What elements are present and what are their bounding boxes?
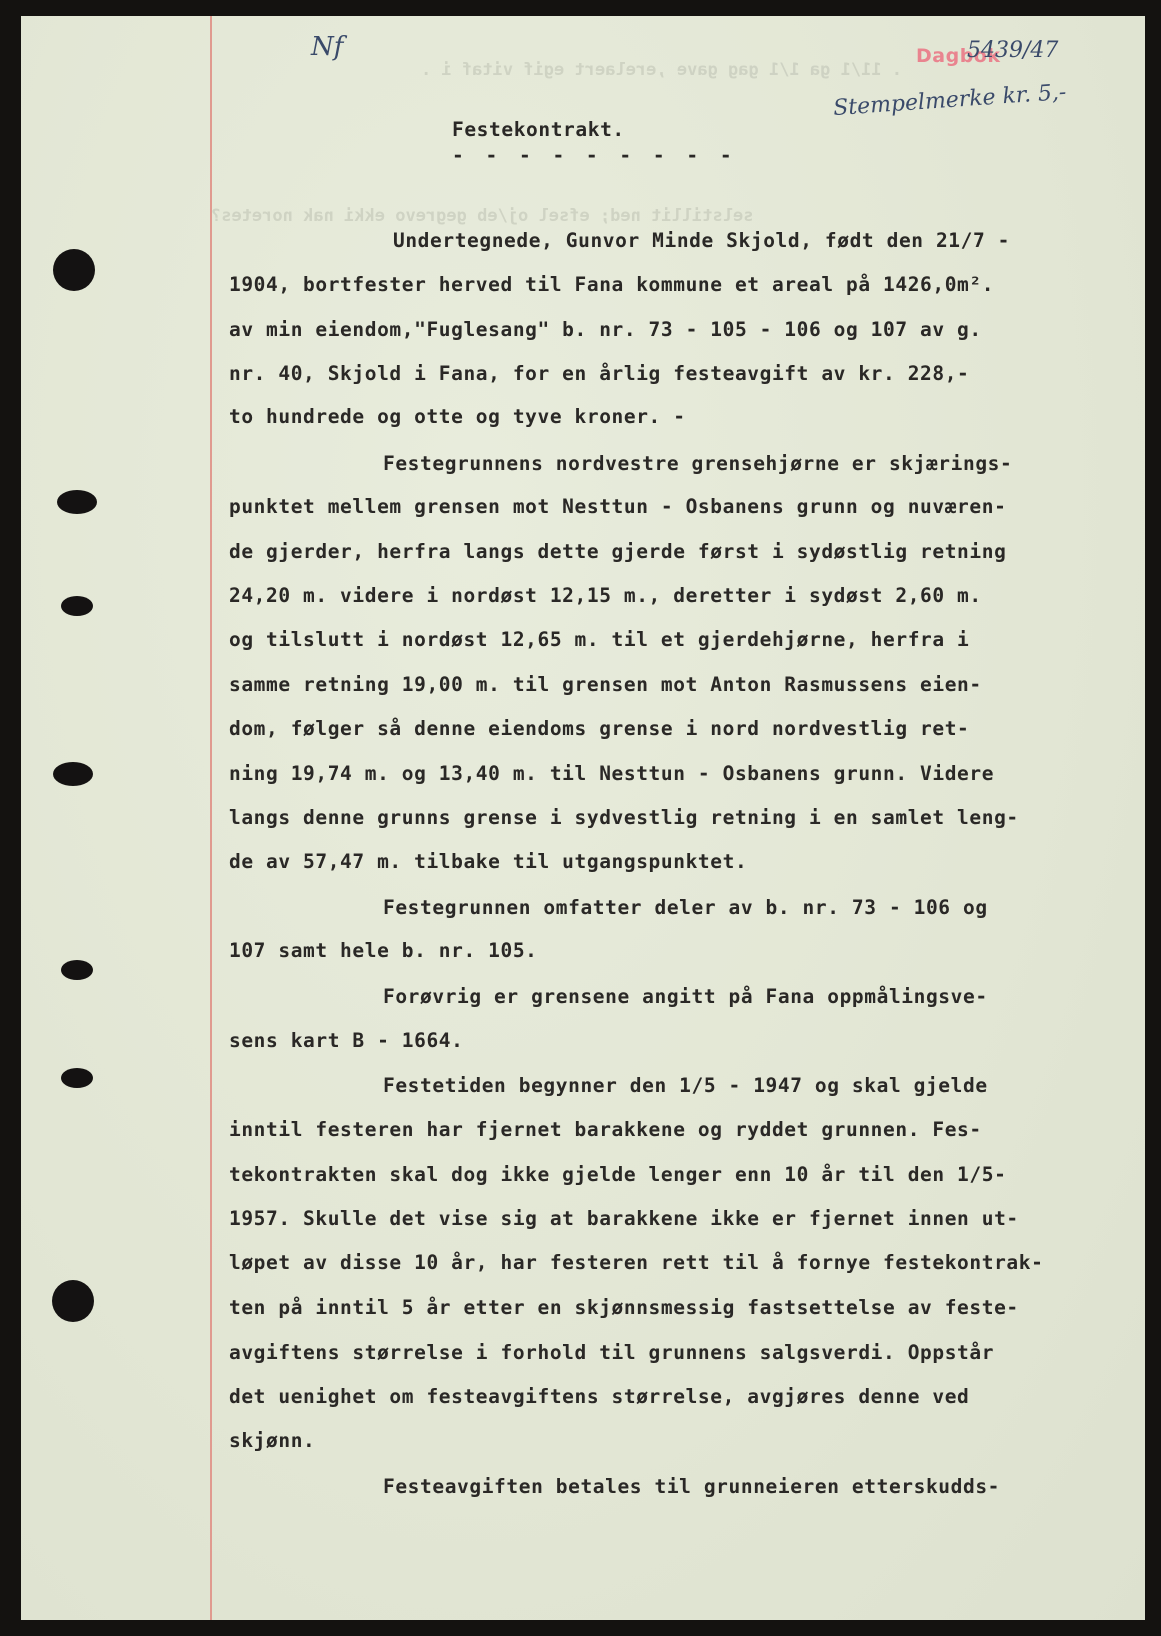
handwritten-fee-note: Stempelmerke kr. 5,-: [832, 80, 1067, 121]
document-page: . 11/1 ga 1/1 gag gave ,erelaert egif vi…: [21, 16, 1145, 1620]
body-line: Festeavgiften betales til grunneieren et…: [383, 1475, 1000, 1498]
body-line: løpet av disse 10 år, har festeren rett …: [229, 1251, 1043, 1274]
punch-hole-icon: [61, 1068, 93, 1088]
punch-hole-icon: [61, 960, 93, 980]
body-line: sens kart B - 1664.: [229, 1029, 463, 1052]
body-line: 24,20 m. videre i nordøst 12,15 m., dere…: [229, 584, 982, 607]
body-line: avgiftens størrelse i forhold til grunne…: [229, 1341, 994, 1364]
body-line: ning 19,74 m. og 13,40 m. til Nesttun - …: [229, 762, 994, 785]
body-line: Festegrunnens nordvestre grensehjørne er…: [383, 452, 1012, 475]
title-underline: - - - - - - - - -: [452, 144, 737, 167]
body-line: av min eiendom,"Fuglesang" b. nr. 73 - 1…: [229, 318, 982, 341]
body-line: Undertegnede, Gunvor Minde Skjold, født …: [393, 229, 1010, 252]
body-line: langs denne grunns grense i sydvestlig r…: [229, 806, 1019, 829]
body-line: 107 samt hele b. nr. 105.: [229, 939, 538, 962]
document-title: Festekontrakt.: [452, 118, 625, 141]
body-line: Festetiden begynner den 1/5 - 1947 og sk…: [383, 1074, 988, 1097]
body-line: Forøvrig er grensene angitt på Fana oppm…: [383, 985, 988, 1008]
handwritten-initials: Nf: [311, 32, 343, 62]
body-line: Festegrunnen omfatter deler av b. nr. 73…: [383, 896, 988, 919]
journal-number: 5439/47: [967, 38, 1058, 63]
bleed-through-text: selstillit ned; efsel oj/eb gegrevo ekki…: [211, 206, 753, 226]
body-line: punktet mellem grensen mot Nesttun - Osb…: [229, 495, 1006, 518]
punch-hole-icon: [61, 596, 93, 616]
body-line: de gjerder, herfra langs dette gjerde fø…: [229, 540, 1006, 563]
body-line: ten på inntil 5 år etter en skjønnsmessi…: [229, 1296, 1019, 1319]
body-line: tekontrakten skal dog ikke gjelde lenger…: [229, 1163, 1006, 1186]
body-line: inntil festeren har fjernet barakkene og…: [229, 1118, 982, 1141]
body-line: de av 57,47 m. tilbake til utgangspunkte…: [229, 850, 747, 873]
punch-hole-icon: [53, 762, 93, 786]
bleed-through-text: . 11/1 ga 1/1 gag gave ,erelaert egif vi…: [421, 60, 902, 80]
punch-hole-icon: [53, 249, 95, 291]
punch-hole-icon: [52, 1280, 94, 1322]
punch-hole-icon: [57, 490, 97, 514]
body-line: 1904, bortfester herved til Fana kommune…: [229, 273, 994, 296]
body-line: 1957. Skulle det vise sig at barakkene i…: [229, 1207, 1019, 1230]
body-line: det uenighet om festeavgiftens størrelse…: [229, 1385, 969, 1408]
body-line: samme retning 19,00 m. til grensen mot A…: [229, 673, 982, 696]
body-line: og tilslutt i nordøst 12,65 m. til et gj…: [229, 628, 969, 651]
body-line: nr. 40, Skjold i Fana, for en årlig fest…: [229, 362, 969, 385]
margin-line: [210, 16, 212, 1620]
body-line: dom, følger så denne eiendoms grense i n…: [229, 717, 969, 740]
body-line: to hundrede og otte og tyve kroner. -: [229, 405, 686, 428]
body-line: skjønn.: [229, 1429, 315, 1452]
